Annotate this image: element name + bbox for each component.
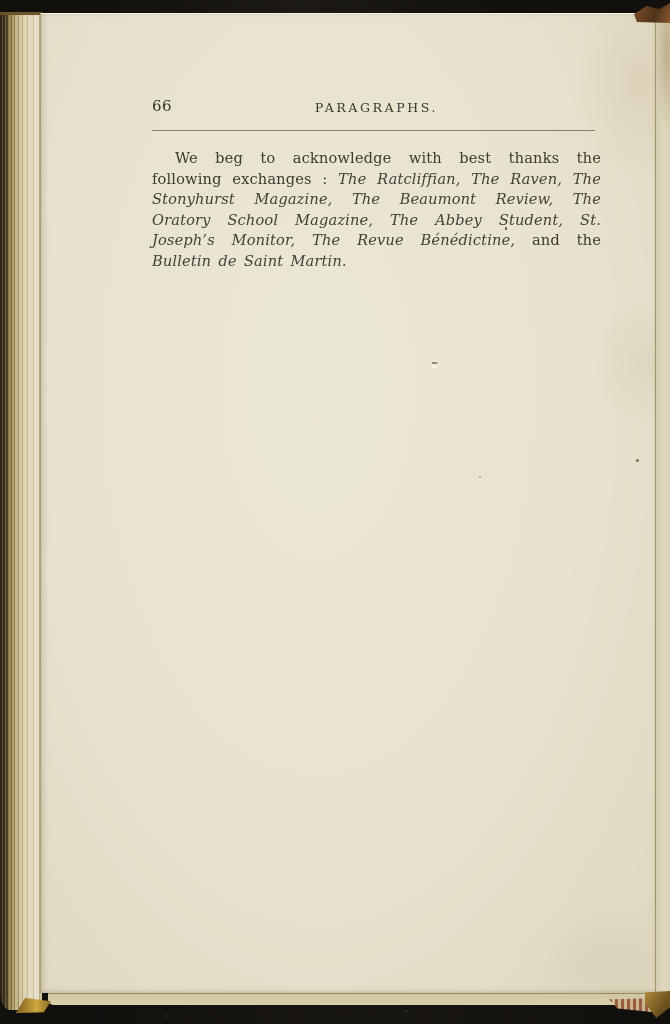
background-speck: [405, 1010, 407, 1012]
paper-speck: [479, 476, 481, 478]
scan-background: { "page": { "number": "66", "running_hea…: [0, 0, 670, 1024]
page-header: 66 PARAGRAPHS.: [152, 97, 601, 121]
header-rule: [152, 130, 595, 131]
page-edges-left: [0, 12, 42, 1010]
paper-speck: [432, 362, 437, 368]
running-head: PARAGRAPHS.: [152, 100, 601, 115]
paper-speck: [505, 227, 507, 230]
binding-gold-bottom-right: [645, 991, 670, 1018]
binding-corner-top-right: [634, 3, 670, 23]
paragraph-run-roman: and the: [515, 232, 601, 249]
page-edge-right: [654, 14, 670, 1002]
book-page: 66 PARAGRAPHS. We beg to acknowledge wit…: [40, 13, 655, 993]
paper-speck: [636, 459, 639, 462]
printed-area: 66 PARAGRAPHS. We beg to acknowledge wit…: [152, 97, 601, 297]
body-paragraph: We beg to acknowledge with best thanks t…: [152, 149, 601, 273]
under-page-edge: [48, 993, 648, 1005]
paragraph-run-italic: Bulletin de Saint Martin.: [152, 253, 347, 270]
background-speck: [165, 1015, 167, 1017]
